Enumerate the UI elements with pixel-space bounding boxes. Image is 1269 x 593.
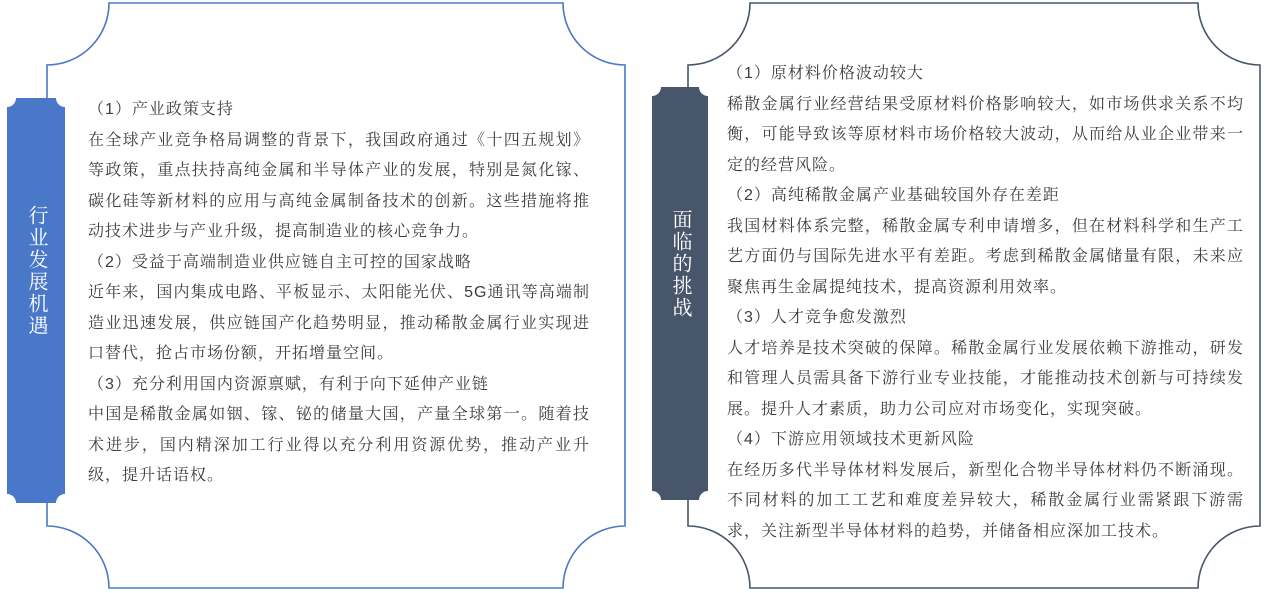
section-body: 中国是稀散金属如铟、镓、铋的储量大国，产量全球第一。随着技术进步，国内精深加工行… [88,400,590,492]
section-body: 人才培养是技术突破的保障。稀散金属行业发展依赖下游推动，研发和管理人员需具备下游… [727,334,1244,426]
left-section-2: （2）受益于高端制造业供应链自主可控的国家战略 近年来，国内集成电路、平板显示、… [88,248,590,370]
right-section-3: （3）人才竞争愈发激烈 人才培养是技术突破的保障。稀散金属行业发展依赖下游推动，… [727,303,1244,425]
section-body: 我国材料体系完整，稀散金属专利申请增多，但在材料科学和生产工艺方面仍与国际先进水… [727,212,1244,304]
right-panel-text: （1）原材料价格波动较大 稀散金属行业经营结果受原材料价格影响较大，如市场供求关… [727,59,1244,547]
right-section-4: （4）下游应用领域技术更新风险 在经历多代半导体材料发展后，新型化合物半导体材料… [727,425,1244,547]
left-panel-text: （1）产业政策支持 在全球产业竞争格局调整的背景下，我国政府通过《十四五规划》等… [88,95,590,492]
section-heading: （3）充分利用国内资源禀赋，有利于向下延伸产业链 [88,370,590,401]
section-body: 近年来，国内集成电路、平板显示、太阳能光伏、5G通讯等高端制造业迅速发展，供应链… [88,278,590,370]
section-heading: （1）原材料价格波动较大 [727,59,1244,90]
left-ribbon-label-box: 行业发展机遇 [7,98,65,503]
section-body: 稀散金属行业经营结果受原材料价格影响较大，如市场供求关系不均衡，可能导致该等原材… [727,90,1244,182]
right-ribbon-label-box: 面临的挑战 [652,87,708,500]
left-ribbon-label: 行业发展机遇 [26,205,46,337]
section-body: 在全球产业竞争格局调整的背景下，我国政府通过《十四五规划》等政策，重点扶持高纯金… [88,126,590,248]
slide-canvas: 行业发展机遇 面临的挑战 （1）产业政策支持 在全球产业竞争格局调整的背景下，我… [0,0,1269,593]
section-heading: （2）高纯稀散金属产业基础较国外存在差距 [727,181,1244,212]
section-body: 在经历多代半导体材料发展后，新型化合物半导体材料仍不断涌现。不同材料的加工工艺和… [727,456,1244,548]
right-section-1: （1）原材料价格波动较大 稀散金属行业经营结果受原材料价格影响较大，如市场供求关… [727,59,1244,181]
section-heading: （1）产业政策支持 [88,95,590,126]
left-section-1: （1）产业政策支持 在全球产业竞争格局调整的背景下，我国政府通过《十四五规划》等… [88,95,590,248]
section-heading: （2）受益于高端制造业供应链自主可控的国家战略 [88,248,590,279]
left-section-3: （3）充分利用国内资源禀赋，有利于向下延伸产业链 中国是稀散金属如铟、镓、铋的储… [88,370,590,492]
right-section-2: （2）高纯稀散金属产业基础较国外存在差距 我国材料体系完整，稀散金属专利申请增多… [727,181,1244,303]
section-heading: （4）下游应用领域技术更新风险 [727,425,1244,456]
section-heading: （3）人才竞争愈发激烈 [727,303,1244,334]
right-ribbon-label: 面临的挑战 [670,209,690,319]
